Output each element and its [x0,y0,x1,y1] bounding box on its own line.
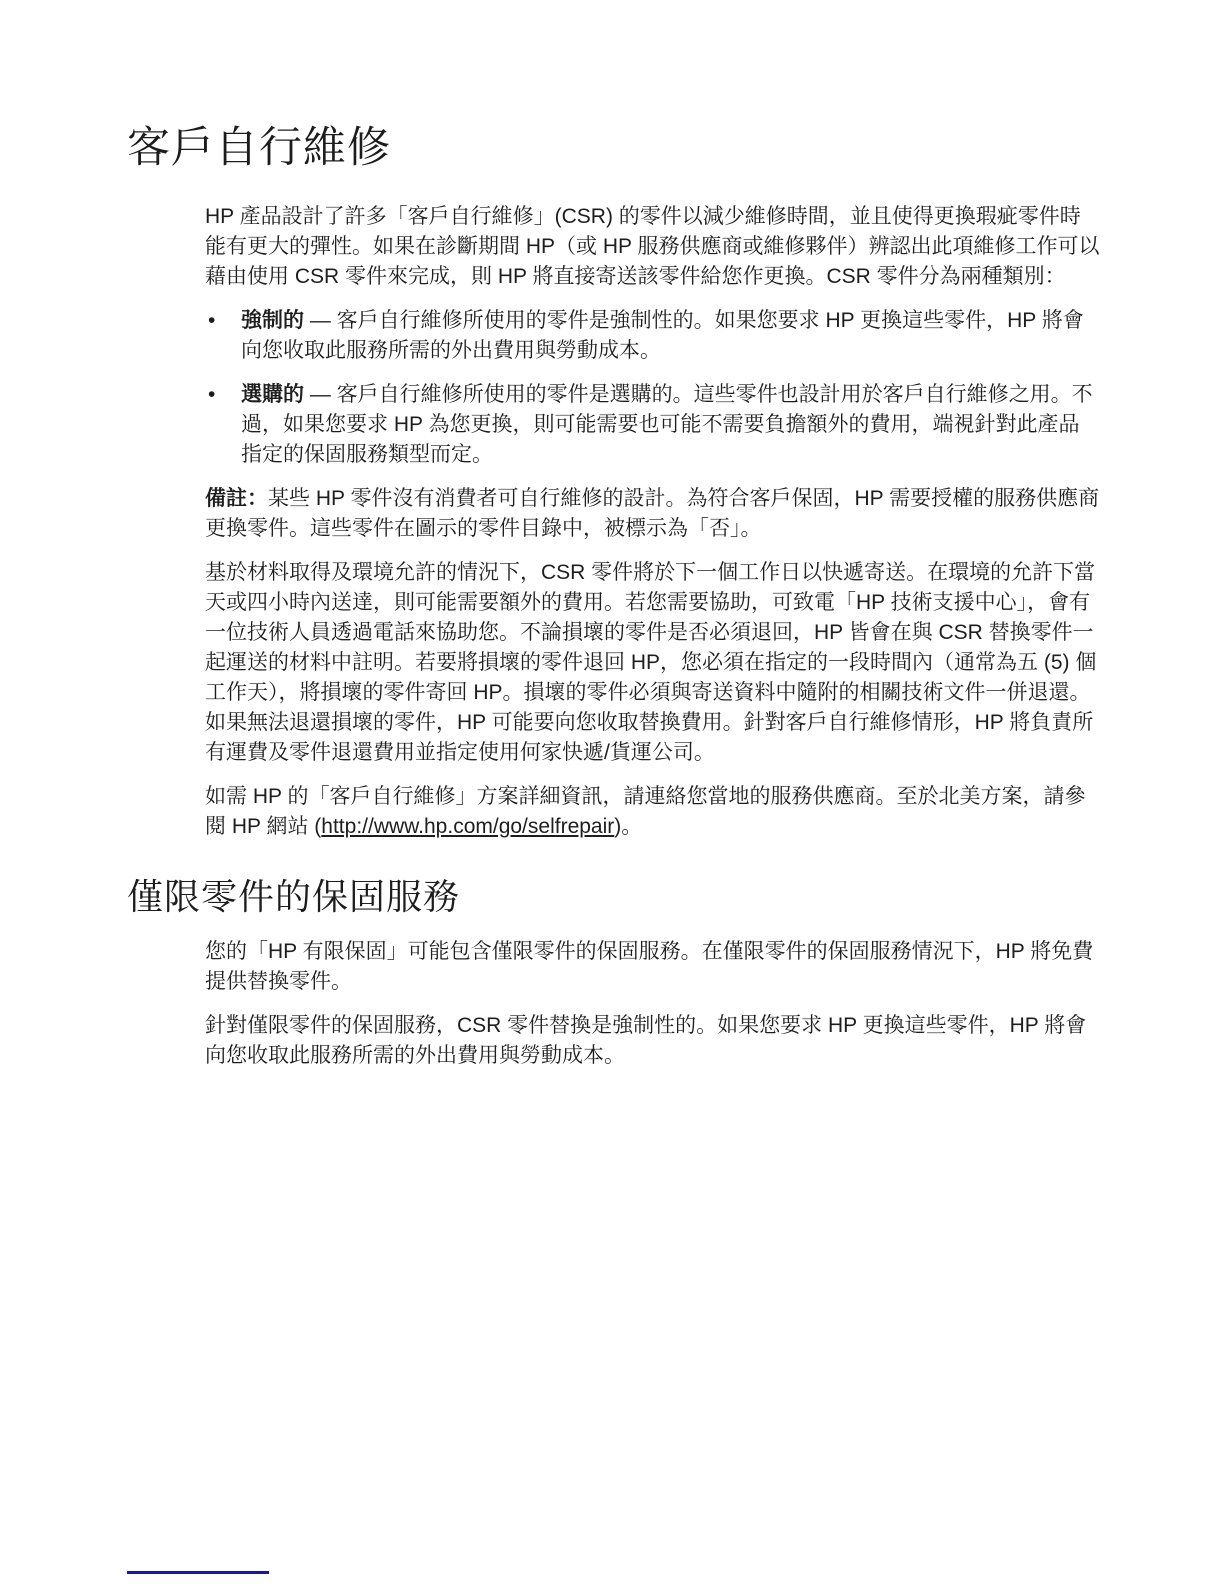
bullet-term-mandatory: 強制的 [241,309,304,332]
list-item-optional: • 選購的 — 客戶自行維修所使用的零件是選購的。這些零件也設計用於客戶自行維修… [205,380,1100,470]
bullet-icon: • [208,306,215,336]
more-info-after: )。 [614,815,642,838]
section-csr-body: HP 產品設計了許多「客戶自行維修」(CSR) 的零件以減少維修時間，並且使得更… [205,202,1100,842]
parts-only-paragraph-1: 您的「HP 有限保固」可能包含僅限零件的保固服務。在僅限零件的保固服務情況下，H… [205,937,1100,997]
parts-only-paragraph-2: 針對僅限零件的保固服務，CSR 零件替換是強制性的。如果您要求 HP 更換這些零… [205,1011,1100,1071]
more-info-paragraph: 如需 HP 的「客戶自行維修」方案詳細資訊，請連絡您當地的服務供應商。至於北美方… [205,782,1100,842]
bullet-icon: • [208,380,215,410]
note-label: 備註： [205,487,268,510]
page-title: 客戶自行維修 [0,0,1224,176]
section-parts-only-body: 您的「HP 有限保固」可能包含僅限零件的保固服務。在僅限零件的保固服務情況下，H… [205,937,1100,1071]
note-text: 某些 HP 零件沒有消費者可自行維修的設計。為符合客戶保固，HP 需要授權的服務… [205,487,1099,540]
footer-rule [127,1571,269,1574]
selfrepair-link[interactable]: http://www.hp.com/go/selfrepair [321,815,614,838]
note-paragraph: 備註：某些 HP 零件沒有消費者可自行維修的設計。為符合客戶保固，HP 需要授權… [205,484,1100,544]
intro-paragraph: HP 產品設計了許多「客戶自行維修」(CSR) 的零件以減少維修時間，並且使得更… [205,202,1100,292]
list-item-mandatory: • 強制的 — 客戶自行維修所使用的零件是強制性的。如果您要求 HP 更換這些零… [205,306,1100,366]
document-page: 客戶自行維修 HP 產品設計了許多「客戶自行維修」(CSR) 的零件以減少維修時… [0,0,1224,1584]
shipping-paragraph: 基於材料取得及環境允許的情況下，CSR 零件將於下一個工作日以快遞寄送。在環境的… [205,558,1100,768]
bullet-term-optional: 選購的 [241,383,304,406]
bullet-text-mandatory: — 客戶自行維修所使用的零件是強制性的。如果您要求 HP 更換這些零件，HP 將… [241,309,1084,362]
section-title-parts-only-warranty: 僅限零件的保固服務 [0,874,1224,919]
csr-category-list: • 強制的 — 客戶自行維修所使用的零件是強制性的。如果您要求 HP 更換這些零… [205,306,1100,470]
bullet-text-optional: — 客戶自行維修所使用的零件是選購的。這些零件也設計用於客戶自行維修之用。不過，… [241,383,1093,466]
